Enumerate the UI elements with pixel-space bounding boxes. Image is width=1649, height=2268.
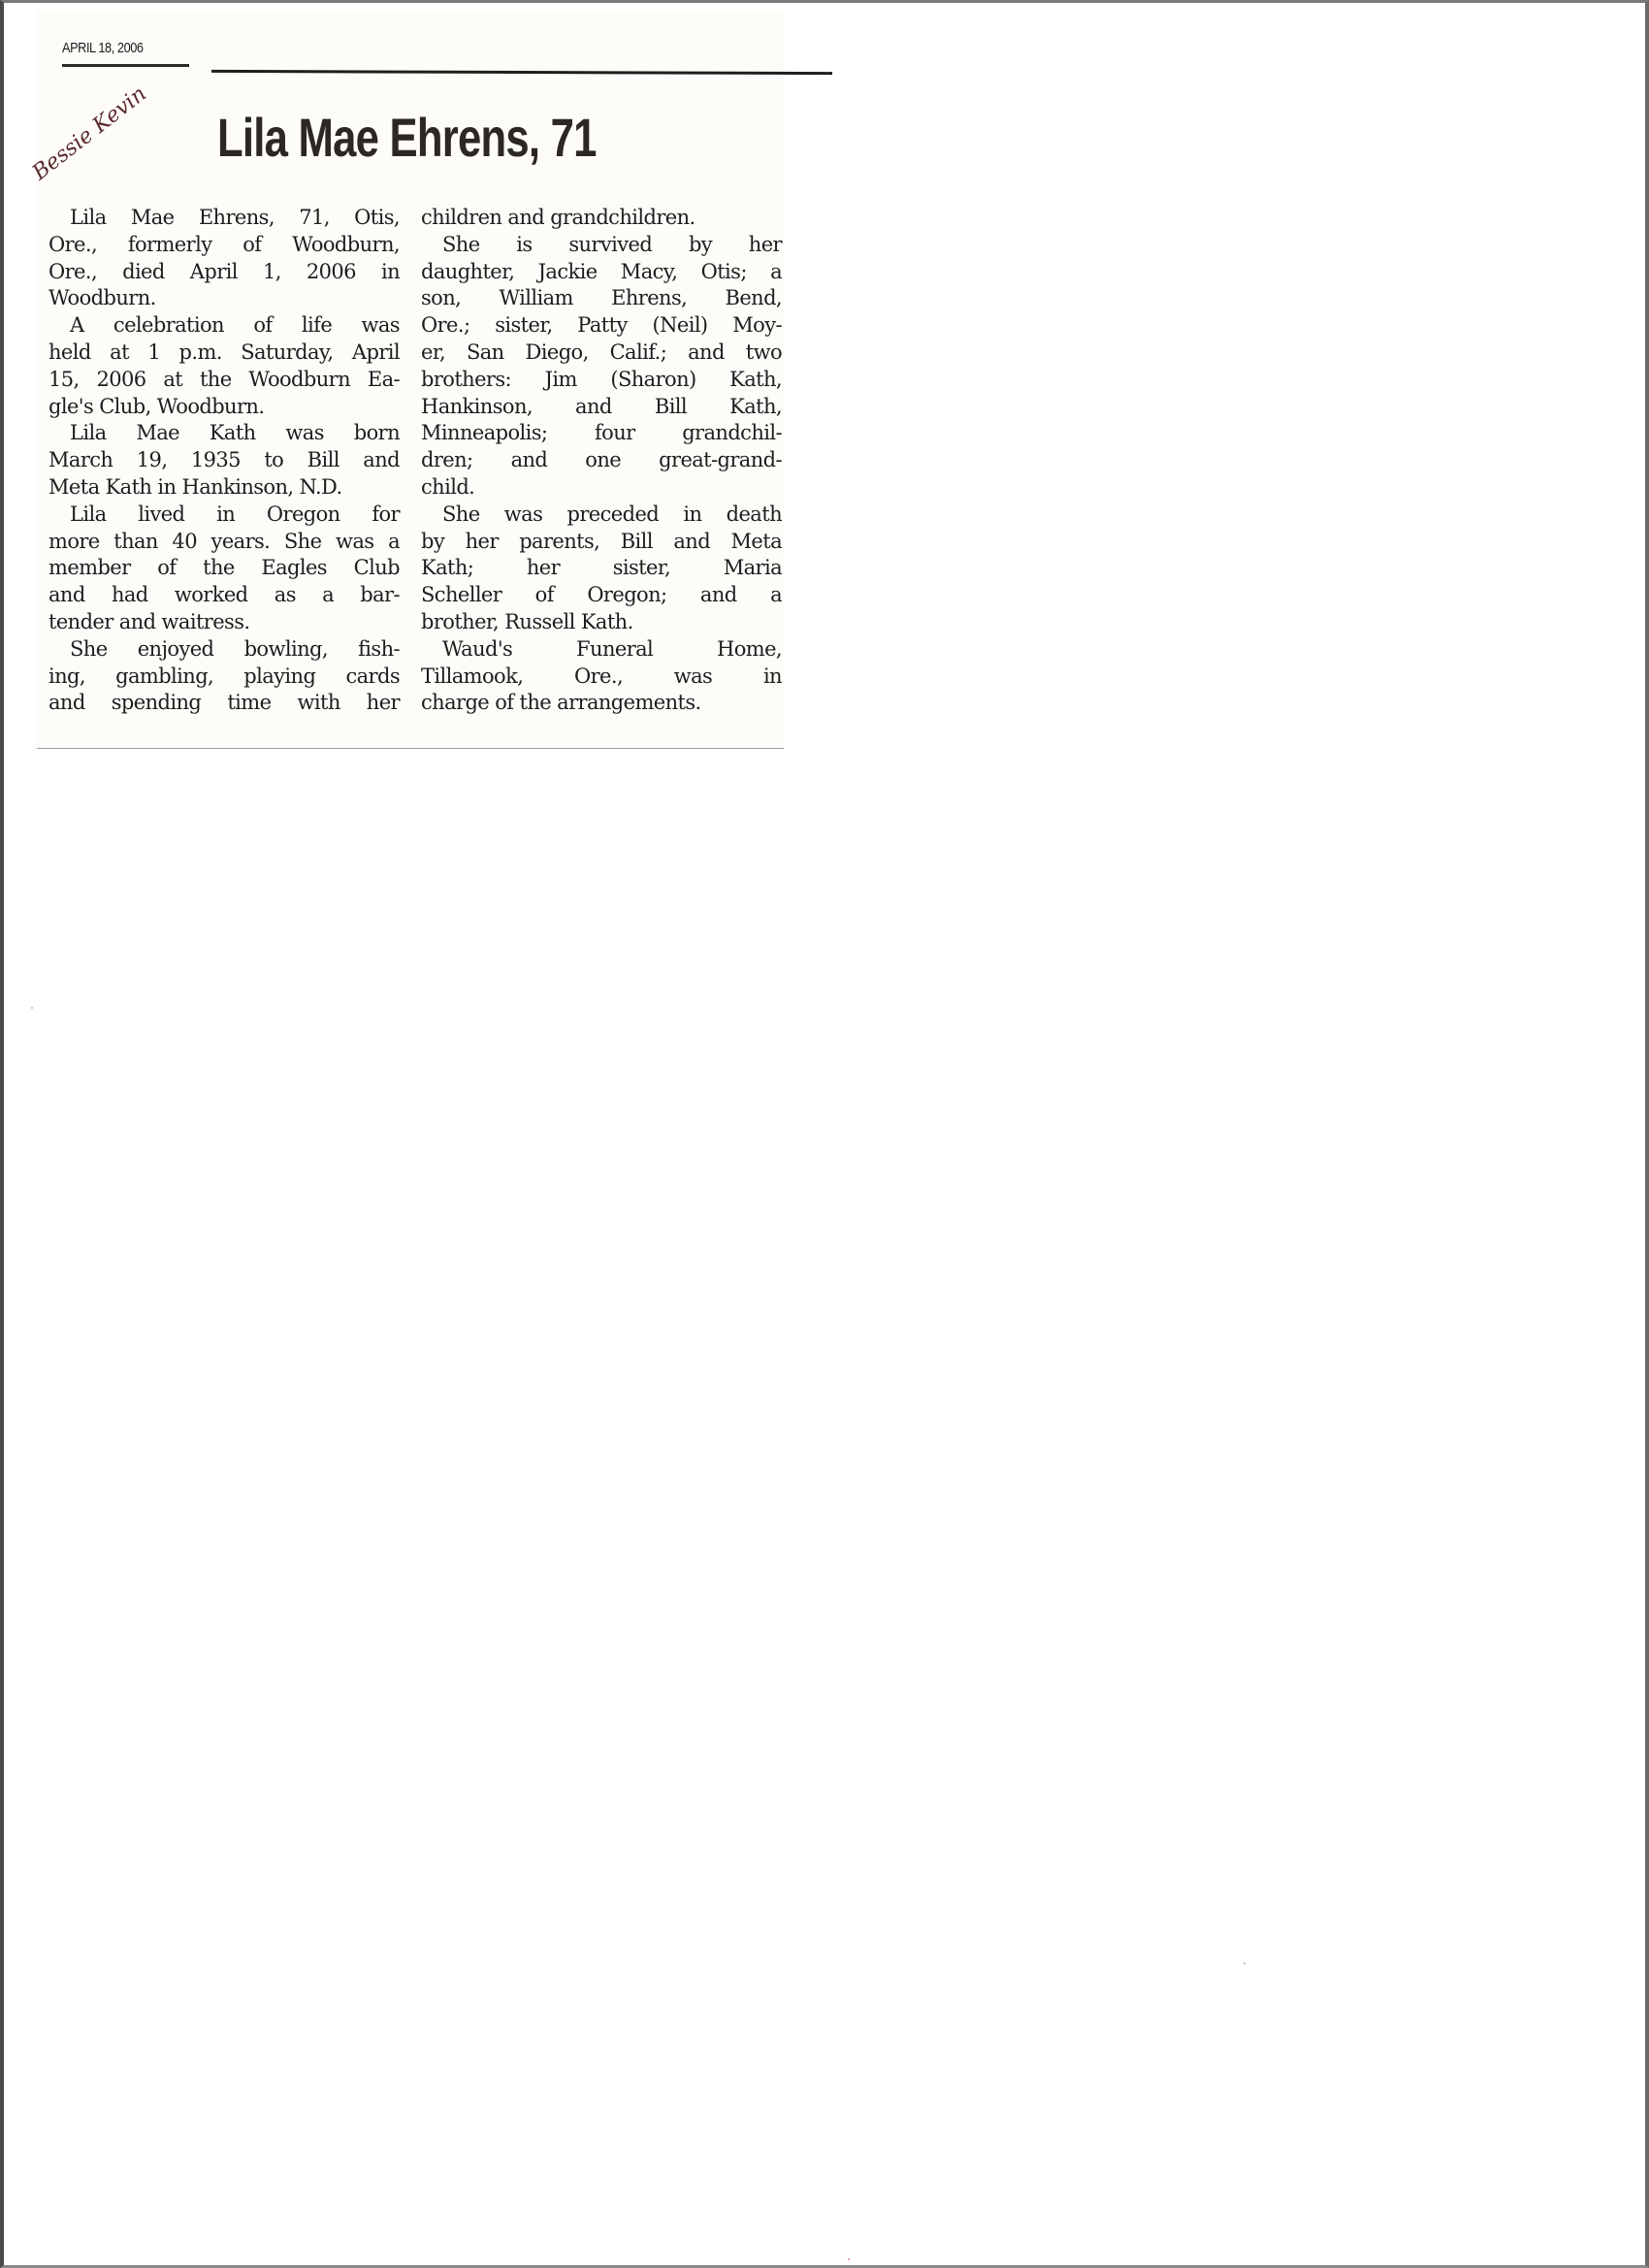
text-line: Tillamook, Ore., was in [421,664,782,691]
text-line: Scheller of Oregon; and a [421,582,782,609]
scanned-page: APRIL 18, 2006 Bessie Kevin Lila Mae Ehr… [0,0,1649,2268]
text-line: children and grandchildren. [421,205,782,232]
text-column-right: children and grandchildren.She is surviv… [421,205,782,717]
text-column-left: Lila Mae Ehrens, 71, Otis,Ore., formerly… [48,205,400,717]
scan-speck [1244,1962,1245,1964]
text-line: Minneapolis; four grandchil- [421,420,782,447]
text-line: Hankinson, and Bill Kath, [421,394,782,421]
text-line: Ore., died April 1, 2006 in [48,259,400,286]
obituary-headline: Lila Mae Ehrens, 71 [217,106,597,169]
text-line: Ore., formerly of Woodburn, [48,232,400,259]
text-line: and spending time with her [48,690,400,717]
text-line: Woodburn. [48,285,400,312]
text-line: son, William Ehrens, Bend, [421,285,782,312]
header-rule [211,70,832,75]
text-line: She enjoyed bowling, fish- [48,636,400,664]
text-line: Waud's Funeral Home, [421,636,782,664]
text-line: Lila lived in Oregon for [48,502,400,529]
text-line: Meta Kath in Hankinson, N.D. [48,474,400,502]
text-line: Lila Mae Kath was born [48,420,400,447]
text-line: Kath; her sister, Maria [421,555,782,582]
text-line: tender and waitress. [48,609,400,636]
text-line: 15, 2006 at the Woodburn Ea- [48,367,400,394]
text-line: member of the Eagles Club [48,555,400,582]
text-line: She is survived by her [421,232,782,259]
text-line: She was preceded in death [421,502,782,529]
text-line: Ore.; sister, Patty (Neil) Moy- [421,312,782,340]
text-line: A celebration of life was [48,312,400,340]
text-line: brothers: Jim (Sharon) Kath, [421,367,782,394]
text-line: dren; and one great-grand- [421,447,782,474]
text-line: brother, Russell Kath. [421,609,782,636]
text-line: more than 40 years. She was a [48,529,400,556]
scan-speck [31,1007,33,1009]
text-line: by her parents, Bill and Meta [421,529,782,556]
scan-speck [848,2258,850,2260]
text-line: March 19, 1935 to Bill and [48,447,400,474]
text-line: charge of the arrangements. [421,690,782,717]
newspaper-clipping: APRIL 18, 2006 Bessie Kevin Lila Mae Ehr… [37,11,784,749]
text-line: child. [421,474,782,502]
text-line: daughter, Jackie Macy, Otis; a [421,259,782,286]
text-line: gle's Club, Woodburn. [48,394,400,421]
text-line: er, San Diego, Calif.; and two [421,340,782,367]
text-line: ing, gambling, playing cards [48,664,400,691]
dateline: APRIL 18, 2006 [62,40,144,56]
text-line: and had worked as a bar- [48,582,400,609]
text-line: held at 1 p.m. Saturday, April [48,340,400,367]
dateline-rule [62,64,189,67]
text-line: Lila Mae Ehrens, 71, Otis, [48,205,400,232]
